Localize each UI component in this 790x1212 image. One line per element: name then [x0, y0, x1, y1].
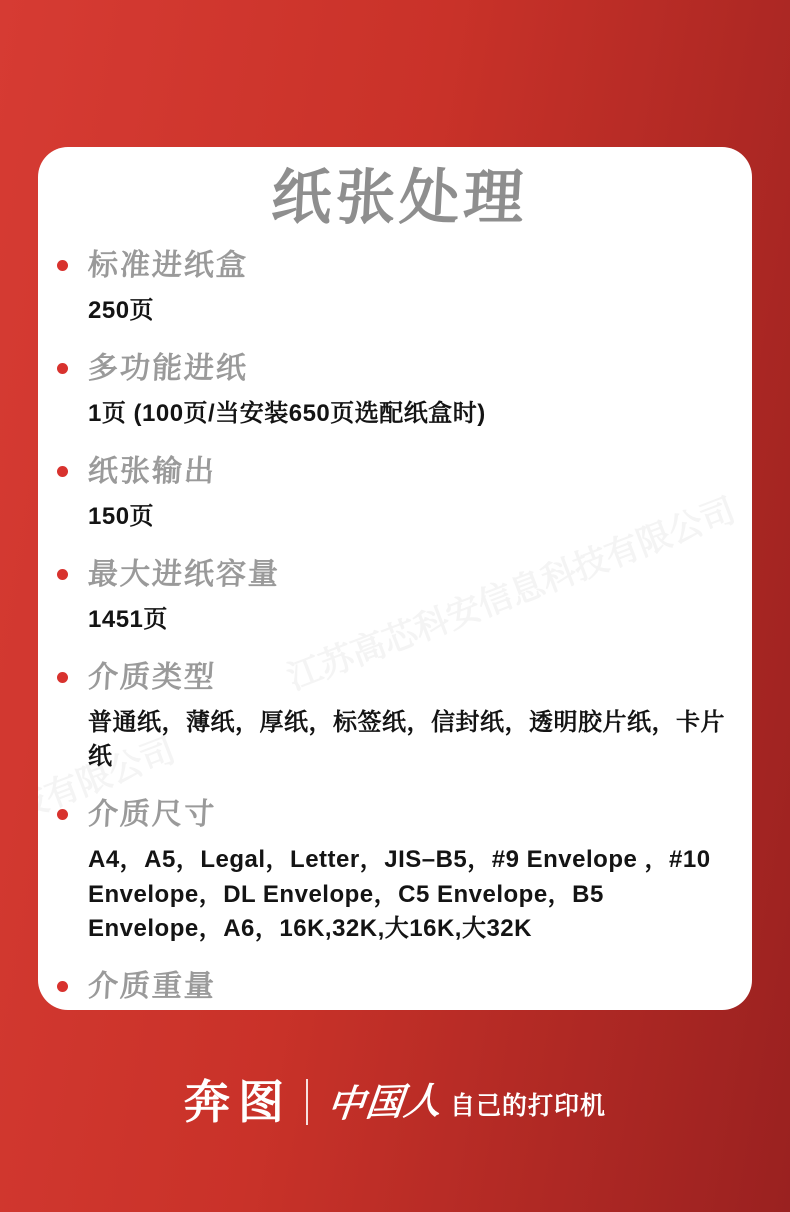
tagline-text: 自己的打印机 — [450, 1094, 606, 1119]
spec-value: 1451页 — [88, 603, 742, 637]
tagline-script-text: 中国人 — [326, 1082, 444, 1123]
spec-value: 150页 — [88, 500, 742, 534]
bullet-icon — [57, 466, 68, 477]
page-title: 纸张处理 — [55, 165, 743, 231]
spec-label: 多功能进纸 — [87, 352, 743, 385]
spec-value: A4，A5，Legal，Letter，JIS–B5，#9 Envelope ，#… — [88, 843, 742, 945]
bullet-icon — [57, 981, 68, 992]
logo-divider — [306, 1079, 308, 1125]
pantum-brand-logo: 奔图 — [184, 1079, 292, 1125]
spec-label: 纸张输出 — [87, 455, 743, 488]
spec-list: 标准进纸盒 250页 多功能进纸 1页 (100页/当安装650页选配纸盒时) … — [57, 249, 742, 1010]
spec-row-media-type: 介质类型 普通纸，薄纸，厚纸，标签纸，信封纸，透明胶片纸，卡片纸 — [57, 661, 742, 774]
spec-row-media-weight: 介质重量 60–176g/ ㎡ — [57, 970, 742, 1010]
spec-card: 江苏高芯科安信息科技有限公司 江苏高芯科安信息科技有限公司 纸张处理 标准进纸盒… — [38, 147, 752, 1010]
spec-label: 最大进纸容量 — [87, 558, 743, 591]
bullet-icon — [57, 672, 68, 683]
spec-row-multipurpose-feed: 多功能进纸 1页 (100页/当安装650页选配纸盒时) — [57, 352, 742, 431]
spec-value: 250页 — [88, 294, 742, 328]
page-background: 江苏高芯科安信息科技有限公司 江苏高芯科安信息科技有限公司 纸张处理 标准进纸盒… — [0, 0, 790, 1212]
spec-value: 1页 (100页/当安装650页选配纸盒时) — [88, 397, 742, 431]
footer-logo: 奔图 中国人 自己的打印机 — [0, 1062, 790, 1142]
spec-row-media-size: 介质尺寸 A4，A5，Legal，Letter，JIS–B5，#9 Envelo… — [57, 798, 742, 945]
spec-value: 普通纸，薄纸，厚纸，标签纸，信封纸，透明胶片纸，卡片纸 — [88, 706, 742, 774]
spec-label: 标准进纸盒 — [87, 249, 743, 282]
spec-row-paper-output: 纸张输出 150页 — [57, 455, 742, 534]
spec-label: 介质重量 — [87, 970, 743, 1003]
bullet-icon — [57, 363, 68, 374]
spec-label: 介质尺寸 — [87, 798, 743, 831]
spec-row-standard-tray: 标准进纸盒 250页 — [57, 249, 742, 328]
bullet-icon — [57, 809, 68, 820]
bullet-icon — [57, 569, 68, 580]
spec-label: 介质类型 — [87, 661, 743, 694]
spec-row-max-capacity: 最大进纸容量 1451页 — [57, 558, 742, 637]
bullet-icon — [57, 260, 68, 271]
